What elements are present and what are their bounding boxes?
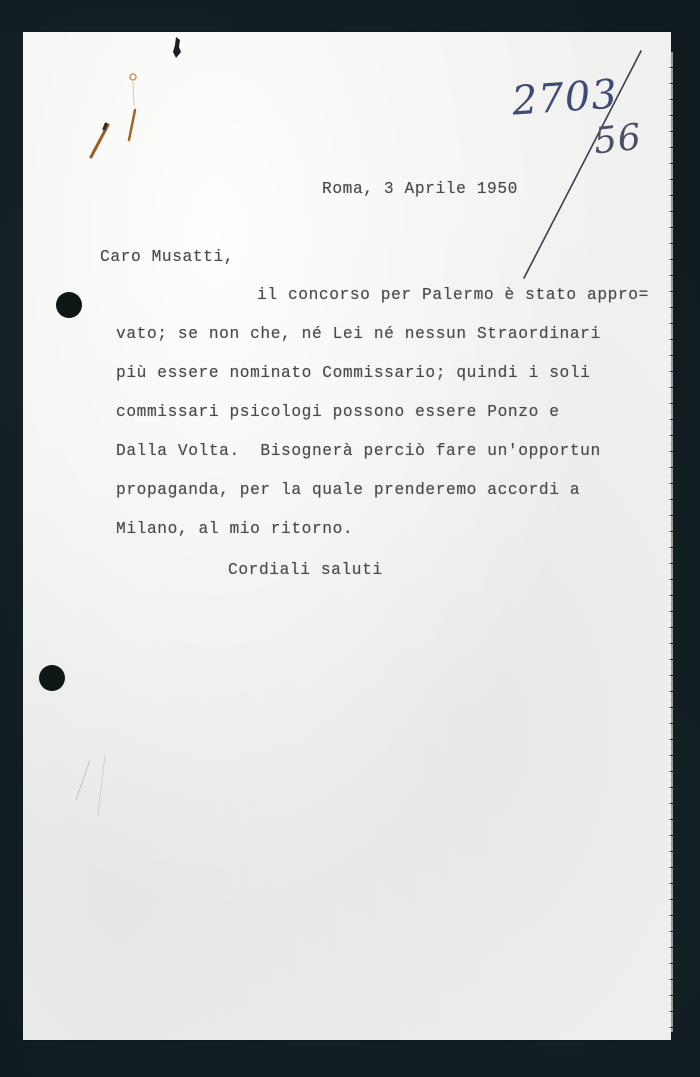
letter-date: Roma, 3 Aprile 1950	[322, 181, 518, 197]
letter-body-line: propaganda, per la quale prenderemo acco…	[116, 482, 580, 498]
letter-salutation: Caro Musatti,	[100, 249, 234, 265]
letter-closing: Cordiali saluti	[228, 562, 383, 578]
letter-body-line: più essere nominato Commissario; quindi …	[116, 365, 590, 381]
letter-body-line: il concorso per Palermo è stato appro=	[257, 287, 649, 303]
letter-body-line: Milano, al mio ritorno.	[116, 521, 353, 537]
handwritten-archive-subnumber: 56	[592, 120, 643, 161]
punch-hole-bottom	[39, 665, 65, 691]
letter-body-line: Dalla Volta. Bisognerà perciò fare un'op…	[116, 443, 601, 459]
handwritten-archive-number: 2703	[511, 74, 619, 121]
letter-body-line: vato; se non che, né Lei né nessun Strao…	[116, 326, 601, 342]
punch-hole-top	[56, 292, 82, 318]
letter-body-line: commissari psicologi possono essere Ponz…	[116, 404, 560, 420]
